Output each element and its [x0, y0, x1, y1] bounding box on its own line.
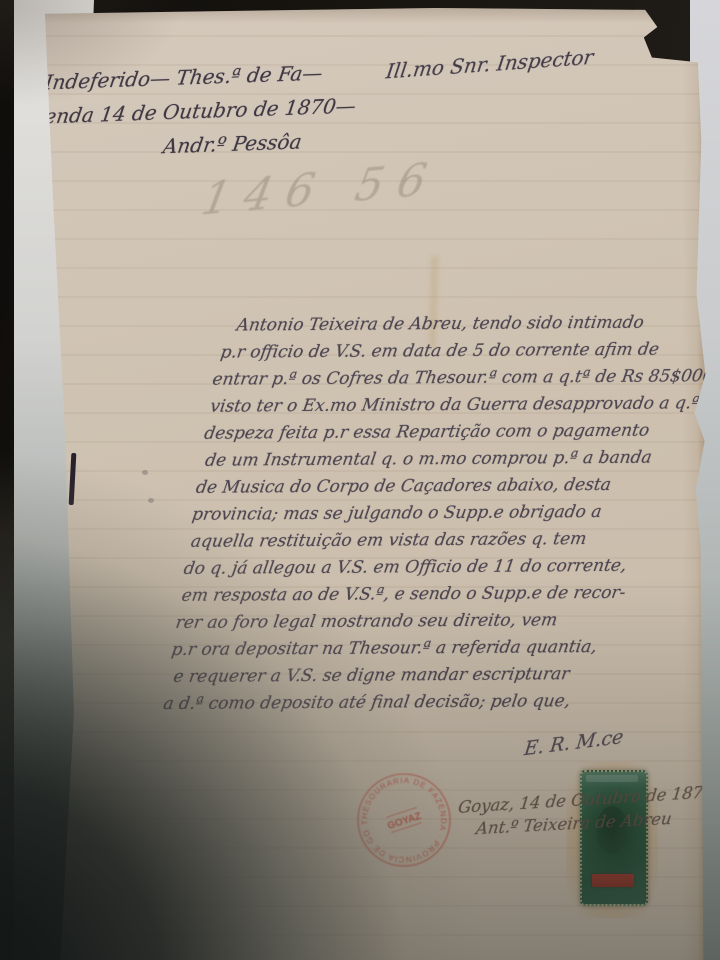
ink-smudge [148, 498, 154, 503]
pencil-annotation: 146 56 [197, 153, 444, 226]
red-circular-stamp: · THESOURARIA DE FAZENDA · PROVINCIA DE … [338, 754, 469, 885]
body-line: de Musica do Corpo de Caçadores abaixo, … [194, 471, 713, 502]
body-line: e requerer a V.S. se digne mandar escrip… [171, 660, 684, 691]
stamp-inscription-band [586, 775, 638, 782]
manuscript-sheet: Indeferido— Thes.ª de Fa— zenda 14 de Ou… [30, 8, 706, 960]
body-line: a d.ª como deposito até final decisão; p… [161, 687, 680, 718]
ink-smudge [142, 470, 148, 475]
body-line: Antonio Teixeira de Abreu, tendo sido in… [219, 309, 720, 340]
stamp-value-tablet [592, 874, 634, 887]
closing-formula: E. R. M.ce [523, 726, 625, 761]
body-line: visto ter o Ex.mo Ministro da Guerra des… [208, 390, 720, 421]
body-line: p.r officio de V.S. em data de 5 do corr… [218, 336, 720, 367]
body-line: aquella restituição em vista das razões … [189, 525, 705, 556]
petition-body: Antonio Teixeira de Abreu, tendo sido in… [161, 309, 720, 718]
body-line: despeza feita p.r essa Repartição com o … [202, 417, 720, 448]
photograph-of-manuscript: Indeferido— Thes.ª de Fa— zenda 14 de Ou… [0, 0, 720, 960]
decision-signature: Andr.º Pessôa [161, 123, 354, 164]
margin-ink-mark [69, 453, 77, 505]
addressee-line: Ill.mo Snr. Inspector [385, 45, 596, 84]
body-line: do q. já allegou a V.S. em Officio de 11… [182, 552, 701, 583]
body-line: rer ao foro legal mostrando seu direito,… [174, 606, 693, 637]
body-line: provincia; mas se julgando o Supp.e obri… [190, 498, 709, 529]
decision-note: Indeferido— Thes.ª de Fa— zenda 14 de Ou… [33, 54, 363, 168]
body-line: em resposta ao de V.S.ª, e sendo o Supp.… [180, 579, 697, 610]
body-line: de um Instrumental q. o m.mo comprou p.ª… [203, 444, 717, 475]
body-line: entrar p.ª os Cofres da Thesour.ª com a … [210, 363, 720, 394]
seal-center-text: GOYAZ [386, 811, 422, 832]
body-line: p.r ora depositar na Thesour.ª a referid… [170, 633, 689, 664]
